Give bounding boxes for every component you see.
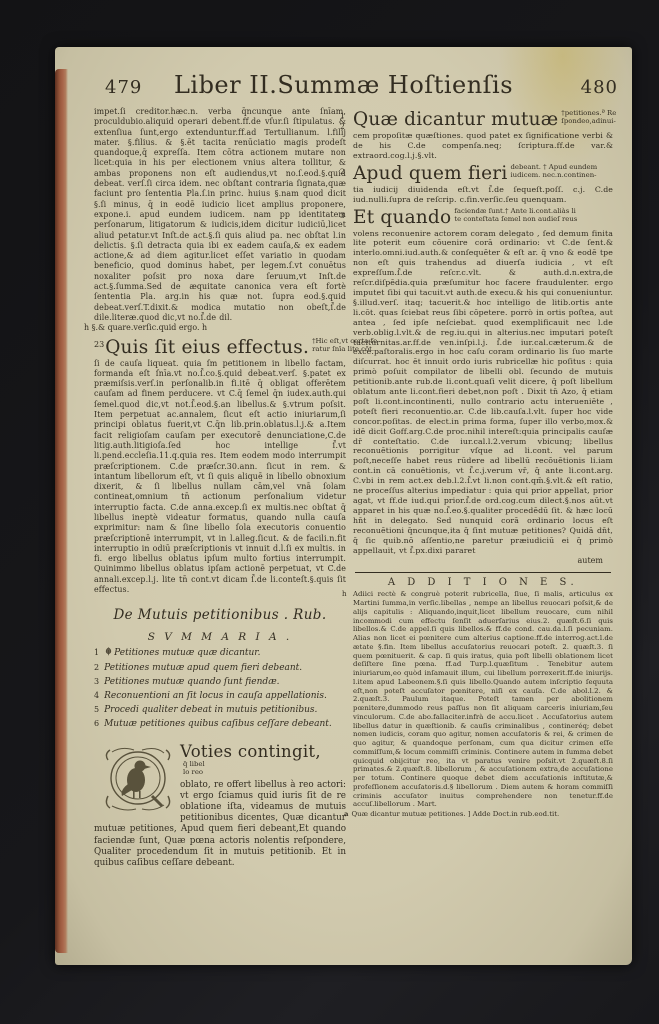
summaria-item: 1Petitiones mutuæ quæ dicantur. bbox=[94, 646, 346, 660]
aldus-leaf-icon bbox=[104, 647, 113, 656]
heading-text: Apud quem fieri bbox=[353, 163, 507, 184]
incipit-gloss: q̄ libello reo bbox=[183, 761, 205, 776]
additions-paragraph: Adiici rectè & congruè poterit rubricell… bbox=[353, 590, 613, 808]
margin-number-1: 1 bbox=[340, 111, 345, 120]
summaria-item-text: Petitiones mutuæ quando ſunt fiendæ. bbox=[104, 677, 279, 687]
section-heading-effectus: 23Quis ſit eius effectus.†Hic eſt,vt cer… bbox=[94, 337, 346, 358]
incipit-block: Voties contingit, q̄ libello reo oblato,… bbox=[94, 742, 346, 870]
additions-body: hAdiici rectè & congruè poterit rubricel… bbox=[353, 590, 613, 809]
summaria-item-number: 1 bbox=[94, 648, 99, 657]
summaria-item-number: 3 bbox=[94, 677, 99, 686]
page-header: 479 Liber II.Summæ Hoſtienſis 480 bbox=[55, 71, 632, 105]
heading-quae-dicantur: 1 2 Quæ dicantur mutuæ†petitiones.ª Reſp… bbox=[353, 109, 613, 130]
heading-gloss: debeant. † Apud eundemiudicem. nec.n.con… bbox=[510, 164, 597, 179]
incipit-gloss-line-2: lo reo bbox=[183, 768, 203, 776]
summaria-item-number: 2 bbox=[94, 663, 99, 672]
right-column: 1 2 Quæ dicantur mutuæ†petitiones.ª Reſp… bbox=[353, 107, 613, 819]
summaria-item-text: Procedi qualiter debeat in mutuis petiti… bbox=[104, 705, 317, 715]
incipit-opening-words: Voties contingit, bbox=[180, 742, 321, 761]
right-paragraph-2: tia iudicij diuidenda eſt.vt ſ̄.de ſeque… bbox=[353, 185, 613, 205]
margin-number-3: 2 bbox=[340, 167, 345, 176]
summaria-list: 1Petitiones mutuæ quæ dicantur. 2Petitio… bbox=[94, 646, 346, 731]
heading-apud-quem: 2 Apud quem fieridebeant. † Apud eundemi… bbox=[353, 163, 613, 184]
woodcut-initial-Q-bird-icon bbox=[102, 744, 174, 814]
photographed-book-scan: { "header": { "left_page_number": "479",… bbox=[0, 0, 659, 1024]
heading-gloss: †petitiones.ª Reſpondeo,adinui- bbox=[561, 110, 616, 125]
running-title: Liber II.Summæ Hoſtienſis bbox=[55, 71, 632, 99]
left-paragraph-2: ſi de cauſa liqueat. quia ſm petitionem … bbox=[94, 359, 346, 596]
right-paragraph-1: cem propoſitæ quæſtiones. quod patet ex … bbox=[353, 131, 613, 161]
margin-number-2: 2 bbox=[340, 122, 345, 131]
fore-edge-strip bbox=[55, 69, 68, 953]
summaria-item: 3Petitiones mutuæ quando ſunt fiendæ. bbox=[94, 675, 346, 689]
gloss-line-2: te conteſtata ſemel non audieſ reus bbox=[454, 215, 577, 223]
left-gloss-line: h §.& quare.verſic.quid ergo. h bbox=[84, 323, 346, 333]
gloss-line-2: ſpondeo,adinui- bbox=[561, 117, 616, 125]
summaria-item-text: Mutuæ petitiones quibus caſibus ceſſare … bbox=[104, 719, 332, 729]
section-heading-text: Quis ſit eius effectus. bbox=[105, 337, 309, 358]
margin-number-4: 3 bbox=[340, 211, 345, 220]
left-paragraph-1: impet.ſi creditor.hæc.n. verba q̄ncunque… bbox=[94, 107, 346, 323]
footnote-text: Quæ dicantur mutuæ petitiones. ] Adde Do… bbox=[351, 810, 559, 818]
summaria-item: 6Mutuæ petitiones quibus caſibus ceſſare… bbox=[94, 717, 346, 731]
additions-footnote: aQuæ dicantur mutuæ petitiones. ] Adde D… bbox=[353, 810, 613, 819]
rubric-heading: De Mutuis petitionibus . Rub. bbox=[94, 607, 346, 623]
heading-et-quando: 3 Et quandofaciendæ ſunt.† Ante li.cont.… bbox=[353, 207, 613, 228]
left-column: impet.ſi creditor.hæc.n. verba q̄ncunque… bbox=[94, 107, 346, 869]
catchword: autem bbox=[353, 556, 603, 565]
summaria-item-number: 4 bbox=[94, 691, 99, 700]
summaria-item: 5Procedi qualiter debeat in mutuis petit… bbox=[94, 703, 346, 717]
summaria-item: 4Reconuentioni an ſit locus in cauſa app… bbox=[94, 689, 346, 703]
summaria-item-text: Reconuentioni an ſit locus in cauſa appe… bbox=[104, 691, 327, 701]
page-number-right: 480 bbox=[581, 77, 618, 98]
summaria-item-number: 5 bbox=[94, 705, 99, 714]
heading-text: Quæ dicantur mutuæ bbox=[353, 109, 558, 130]
additions-margin-letter: h bbox=[342, 590, 350, 599]
additions-title: A D D I T I O N E S. bbox=[353, 577, 613, 588]
summaria-item-number: 6 bbox=[94, 719, 99, 728]
summaria-item: 2Petitiones mutuæ apud quem fieri debean… bbox=[94, 661, 346, 675]
heading-gloss: faciendæ ſunt.† Ante li.cont.aliàs lite … bbox=[454, 208, 577, 223]
summaria-item-text: Petitiones mutuæ apud quem fieri debeant… bbox=[104, 663, 302, 673]
gloss-line-2: iudicem. nec.n.continen- bbox=[510, 171, 596, 179]
heading-text: Et quando bbox=[353, 207, 451, 228]
right-paragraph-3: volens reconuenire actorem coram delegat… bbox=[353, 229, 613, 556]
book-page: 479 Liber II.Summæ Hoſtienſis 480 impet.… bbox=[55, 47, 632, 965]
section-number: 23 bbox=[94, 340, 104, 349]
summaria-item-text: Petitiones mutuæ quæ dicantur. bbox=[114, 648, 260, 658]
additions-divider bbox=[355, 572, 611, 573]
summaria-title: S V M M A R I A . bbox=[94, 631, 346, 643]
